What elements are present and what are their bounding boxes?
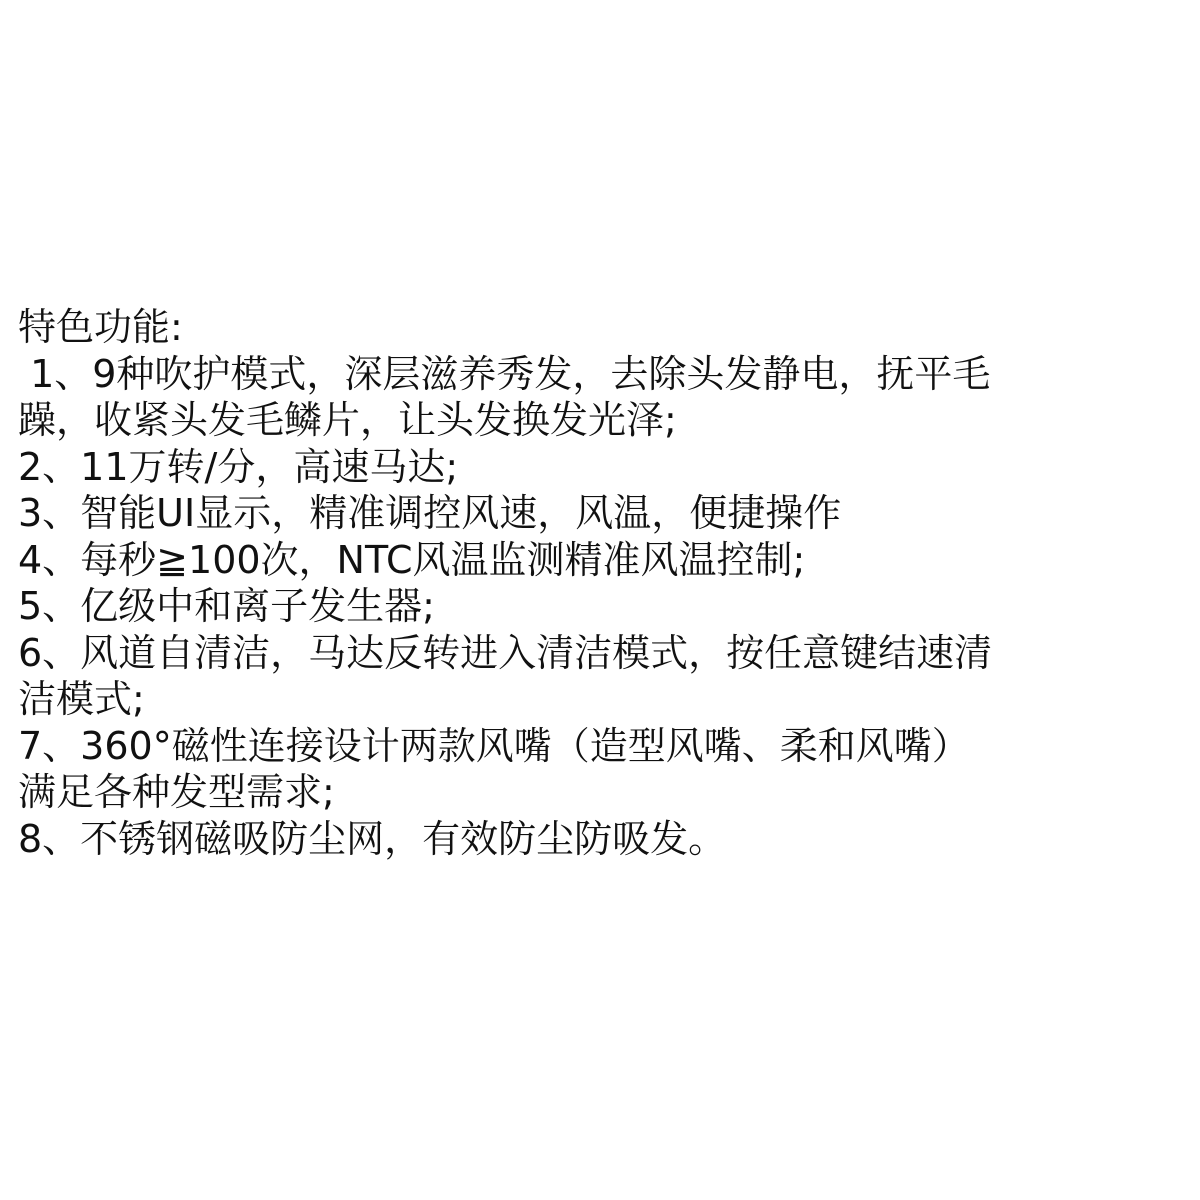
feature-line-6a: 6、风道自清洁，马达反转进入清洁模式，按任意键结速清 [18,630,1118,677]
feature-list-document: 特色功能: 1、9种吹护模式，深层滋养秀发，去除头发静电，抚平毛 躁，收紧头发毛… [18,304,1118,862]
feature-heading: 特色功能: [18,304,1118,351]
feature-line-8: 8、不锈钢磁吸防尘网，有效防尘防吸发。 [18,816,1118,863]
feature-line-4: 4、每秒≧100次，NTC风温监测精准风温控制; [18,537,1118,584]
feature-line-1b: 躁，收紧头发毛鳞片，让头发换发光泽; [18,397,1118,444]
feature-line-2: 2、11万转/分，高速马达; [18,444,1118,491]
feature-line-5: 5、亿级中和离子发生器; [18,583,1118,630]
feature-line-7b: 满足各种发型需求; [18,769,1118,816]
feature-line-1a: 1、9种吹护模式，深层滋养秀发，去除头发静电，抚平毛 [18,351,1118,398]
feature-line-6b: 洁模式; [18,676,1118,723]
feature-line-3: 3、智能UI显示，精准调控风速，风温，便捷操作 [18,490,1118,537]
feature-line-7a: 7、360°磁性连接设计两款风嘴（造型风嘴、柔和风嘴） [18,723,1118,770]
